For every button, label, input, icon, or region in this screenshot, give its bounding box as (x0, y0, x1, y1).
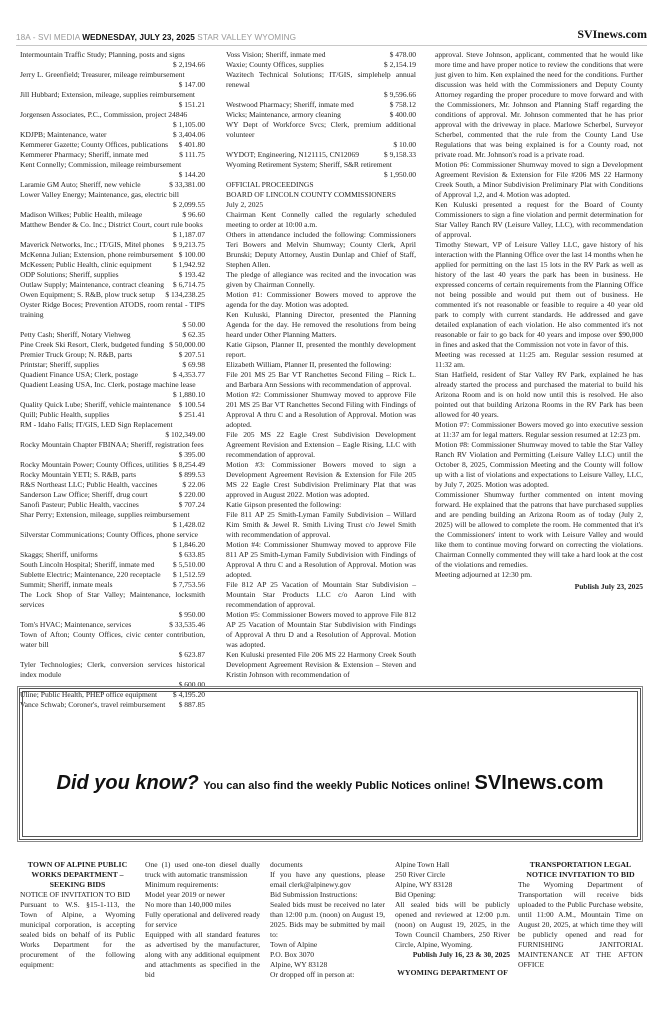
proceedings-paragraph: File 811 AP 25 Smith-Lyman Family Subdiv… (226, 510, 416, 540)
proceedings-paragraph: Ken Kuluski presented File 206 MS 22 Har… (226, 650, 416, 680)
claim-entry: Waxie; County Offices, supplies$ 2,154.1… (226, 60, 416, 70)
claim-vendor: Matthew Bender & Co. Inc.; District Cour… (20, 220, 205, 230)
claim-vendor: Sublette Electric; Maintenance, 220 rece… (20, 570, 161, 580)
wydot-notice-col: TRANSPORTATION LEGAL NOTICE INVITATION T… (518, 860, 643, 970)
claim-entry: Oyster Ridge Boces; Prevention ATODS, ro… (20, 300, 205, 330)
claim-entry: Premier Truck Group; N. R&B, parts$ 207.… (20, 350, 205, 360)
alpine-notice-col-3: documentsIf you have any questions, plea… (270, 860, 385, 980)
claim-entry: Voss Vision; Sheriff, inmate med$ 478.00 (226, 50, 416, 60)
alpine-notice-text: Bid Opening: (395, 890, 510, 900)
claim-entry: Wyoming Retirement System; Sheriff, S&R … (226, 160, 416, 180)
claim-amount: $ 758.12 (390, 100, 416, 110)
claim-amount: $ 7,753.56 (173, 580, 205, 590)
claim-entry: The Lock Shop of Star Valley; Maintenanc… (20, 590, 205, 620)
ad-question: Did you know? (57, 772, 199, 794)
proceedings-body-2: Chairman Kent Connelly called the regula… (226, 210, 416, 680)
claim-entry: Skaggs; Sheriff, uniforms$ 633.85 (20, 550, 205, 560)
alpine-notice-col-4: Alpine Town Hall250 River CircleAlpine, … (395, 860, 510, 978)
claim-amount: $ 2,154.19 (384, 60, 416, 70)
proceedings-heading: OFFICIAL PROCEEDINGS (226, 180, 416, 190)
claim-entry: McKessen; Public Health, clinic equipmen… (20, 260, 205, 270)
claim-vendor: Oyster Ridge Boces; Prevention ATODS, ro… (20, 300, 205, 320)
wydot-body: The Wyoming Department of Transportation… (518, 880, 643, 970)
claim-entry: Wicks; Maintenance, armory cleaning$ 400… (226, 110, 416, 120)
claim-entry: Printstar; Sheriff, supplies$ 69.98 (20, 360, 205, 370)
claim-vendor: Rocky Mountain Chapter FBINAA; Sheriff, … (20, 440, 205, 450)
proceedings-paragraph: Katie Gipson, Planner II, presented the … (226, 340, 416, 360)
claim-vendor: Madison Wilkes; Public Health, mileage (20, 210, 142, 220)
board-heading: BOARD OF LINCOLN COUNTY COMMISSIONERS (226, 190, 416, 200)
claim-entry: Kemmerer Gazette; County Offices, public… (20, 140, 205, 150)
alpine-notice-text: All sealed bids will be publicly opened … (395, 900, 510, 950)
alpine-notice-text: NOTICE OF INVITATION TO BID (20, 890, 135, 900)
claim-vendor: Waxie; County Offices, supplies (226, 60, 324, 70)
alpine-notice-text: Or dropped off in person at: (270, 970, 385, 980)
proceedings-paragraph: File 812 AP 25 Vacation of Mountain Star… (226, 580, 416, 610)
claim-entry: Lower Valley Energy; Maintenance, gas, e… (20, 190, 205, 210)
claim-entry: Kent Connelly; Commission, mileage reimb… (20, 160, 205, 180)
alpine-notice-text: documents (270, 860, 385, 870)
claim-vendor: The Lock Shop of Star Valley; Maintenanc… (20, 590, 205, 610)
claim-amount: $ 144.20 (20, 170, 205, 180)
claim-vendor: Premier Truck Group; N. R&B, parts (20, 350, 132, 360)
wydot-title-start: WYOMING DEPARTMENT OF (395, 968, 510, 978)
claim-entry: Matthew Bender & Co. Inc.; District Cour… (20, 220, 205, 240)
claim-amount: $ 623.87 (20, 650, 205, 660)
claim-entry: Quality Quick Lube; Sheriff, vehicle mai… (20, 400, 205, 410)
claim-entry: South Lincoln Hospital; Sheriff, inmate … (20, 560, 205, 570)
claim-vendor: Lower Valley Energy; Maintenance, gas, e… (20, 190, 205, 200)
claim-entry: Summit; Sheriff, inmate meals$ 7,753.56 (20, 580, 205, 590)
claim-entry: WYDOT; Engineering, N121115, CN12069$ 9,… (226, 150, 416, 160)
claim-vendor: Jerry L. Greenfield; Treasurer, mileage … (20, 70, 205, 80)
claim-amount: $ 9,213.75 (173, 240, 205, 250)
proceedings-paragraph: Ken Kuluski presented a request for the … (435, 200, 643, 240)
claim-entry: Shar Perry; Extension, mileage, supplies… (20, 510, 205, 530)
claim-amount: $ 207.51 (179, 350, 205, 360)
claim-entry: McKenna Julian; Extension, phone reimbur… (20, 250, 205, 260)
claim-vendor: Voss Vision; Sheriff, inmate med (226, 50, 326, 60)
claim-amount: $ 251.41 (179, 410, 205, 420)
claim-amount: $ 10.00 (226, 140, 416, 150)
claim-vendor: Kent Connelly; Commission, mileage reimb… (20, 160, 205, 170)
claim-entry: Sublette Electric; Maintenance, 220 rece… (20, 570, 205, 580)
claim-amount: $ 395.00 (20, 450, 205, 460)
proceedings-paragraph: Elizabeth William, Planner II, presented… (226, 360, 416, 370)
claim-entry: Tom's HVAC; Maintenance, services$ 33,53… (20, 620, 205, 630)
claim-amount: $ 22.06 (182, 480, 205, 490)
claim-amount: $ 3,404.06 (173, 130, 205, 140)
proceedings-body-3: approval. Steve Johnson, applicant, comm… (435, 50, 643, 580)
alpine-notice-body-4: Alpine Town Hall250 River CircleAlpine, … (395, 860, 510, 950)
claim-entry: Sanofi Pasteur; Public Health, vaccines$… (20, 500, 205, 510)
proceedings-paragraph: Others in attendance included the follow… (226, 230, 416, 270)
claim-entry: Rocky Mountain Power; County Offices, ut… (20, 460, 205, 470)
alpine-notice-col-1: TOWN OF ALPINE PUBLIC WORKS DEPARTMENT –… (20, 860, 135, 970)
claim-amount: $ 1,512.59 (173, 570, 205, 580)
claim-amount: $ 478.00 (390, 50, 416, 60)
alpine-notice-text: If you have any questions, please email … (270, 870, 385, 890)
claim-entry: Westwood Pharmacy; Sheriff, inmate med$ … (226, 100, 416, 110)
claim-entry: Sanderson Law Office; Sheriff, drug cour… (20, 490, 205, 500)
wydot-title: TRANSPORTATION LEGAL NOTICE INVITATION T… (518, 860, 643, 880)
proceedings-paragraph: Motion #2: Commissioner Shumway moved to… (226, 390, 416, 430)
claim-entry: Petty Cash; Sheriff, Notary Viehweg$ 62.… (20, 330, 205, 340)
proceedings-paragraph: Katie Gipson presented the following: (226, 500, 416, 510)
proceedings-paragraph: Motion #6: Commissioner Shumway moved to… (435, 160, 643, 200)
claim-vendor: Sanderson Law Office; Sheriff, drug cour… (20, 490, 148, 500)
claim-vendor: WYDOT; Engineering, N121115, CN12069 (226, 150, 359, 160)
claim-entry: Jill Hubbard; Extension, mileage, suppli… (20, 90, 205, 110)
proceedings-date: July 2, 2025 (226, 200, 416, 210)
alpine-notice-text: One (1) used one-ton diesel dually truck… (145, 860, 260, 880)
publish-date: Publish July 23, 2025 (435, 582, 643, 592)
claim-amount: $ 1,187.07 (20, 230, 205, 240)
alpine-notice-text: Fully operational and delivered ready fo… (145, 910, 260, 930)
claim-vendor: Printstar; Sheriff, supplies (20, 360, 99, 370)
claim-amount: $ 33,381.00 (169, 180, 205, 190)
claim-entry: Jorgensen Associates, P.C., Commission, … (20, 110, 205, 130)
claim-vendor: Westwood Pharmacy; Sheriff, inmate med (226, 100, 354, 110)
claim-amount: $ 401.80 (179, 140, 205, 150)
claim-vendor: McKessen; Public Health, clinic equipmen… (20, 260, 151, 270)
claim-amount: $ 102,349.00 (20, 430, 205, 440)
claim-vendor: R&S Northeast LLC; Public Health, vaccin… (20, 480, 158, 490)
alpine-notice-text: Equipped with all standard features as a… (145, 930, 260, 980)
claim-amount: $ 1,950.00 (226, 170, 416, 180)
claim-amount: $ 220.00 (179, 490, 205, 500)
claim-amount: $ 69.98 (182, 360, 205, 370)
claim-vendor: WY Dept of Workforce Svcs; Clerk, premiu… (226, 120, 416, 140)
alpine-publish-date: Publish July 16, 23 & 30, 2025 (395, 950, 510, 960)
alpine-notice-text: No more than 140,000 miles (145, 900, 260, 910)
claim-entry: Laramie GM Auto; Sheriff, new vehicle$ 3… (20, 180, 205, 190)
claim-vendor: Tom's HVAC; Maintenance, services (20, 620, 131, 630)
claim-vendor: Jorgensen Associates, P.C., Commission, … (20, 110, 205, 120)
proceedings-column-3: approval. Steve Johnson, applicant, comm… (435, 50, 643, 592)
alpine-notice-text: Minimum requirements: (145, 880, 260, 890)
alpine-notice-text: Pursuant to W.S. §15-1-113, the Town of … (20, 900, 135, 970)
claim-amount: $ 2,194.66 (20, 60, 205, 70)
proceedings-paragraph: The pledge of allegiance was recited and… (226, 270, 416, 290)
claim-amount: $ 62.35 (182, 330, 205, 340)
proceedings-paragraph: Motion #1: Commissioner Bowers moved to … (226, 290, 416, 310)
public-notices-ad: Did you know? You can also find the week… (19, 688, 641, 840)
ad-text: Did you know? You can also find the week… (23, 772, 637, 795)
claim-vendor: Outlaw Supply; Maintenance, contract cle… (20, 280, 164, 290)
claim-amount: $ 6,714.75 (173, 280, 205, 290)
ad-message: You can also find the weekly Public Noti… (203, 780, 470, 792)
claim-amount: $ 151.21 (20, 100, 205, 110)
alpine-notice-text: 250 River Circle (395, 870, 510, 880)
alpine-notice-text: Town of Alpine (270, 940, 385, 950)
proceedings-paragraph: File 205 MS 22 Eagle Crest Subdivision D… (226, 430, 416, 460)
claim-amount: $ 8,254.49 (173, 460, 205, 470)
alpine-notice-text: P.O. Box 3070 (270, 950, 385, 960)
claim-amount: $ 633.85 (179, 550, 205, 560)
claim-amount: $ 707.24 (179, 500, 205, 510)
claim-vendor: Petty Cash; Sheriff, Notary Viehweg (20, 330, 131, 340)
site-name: SVInews.com (577, 27, 647, 42)
claim-vendor: Quality Quick Lube; Sheriff, vehicle mai… (20, 400, 171, 410)
claim-entry: Rocky Mountain Chapter FBINAA; Sheriff, … (20, 440, 205, 460)
claim-vendor: Owen Equipment; S. R&B, plow truck setup (20, 290, 155, 300)
claim-amount: $ 1,105.00 (20, 120, 205, 130)
claim-vendor: Kemmerer Pharmacy; Sheriff, inmate med (20, 150, 148, 160)
claim-entry: Quill; Public Health, supplies$ 251.41 (20, 410, 205, 420)
claim-amount: $ 1,846.20 (20, 540, 205, 550)
claim-vendor: Quadient Leasing USA, Inc. Clerk, postag… (20, 380, 205, 390)
claim-amount: $ 950.00 (20, 610, 205, 620)
proceedings-paragraph: Timothy Stewart, VP of Leisure Valley LL… (435, 240, 643, 350)
claim-vendor: Pine Creek Ski Resort, Clerk, budgeted f… (20, 340, 164, 350)
claim-vendor: Wazitech Technical Solutions; IT/GIS, si… (226, 70, 416, 90)
claim-entry: Maverick Networks, Inc.; IT/GIS, Mitel p… (20, 240, 205, 250)
claim-entry: Pine Creek Ski Resort, Clerk, budgeted f… (20, 340, 205, 350)
claim-vendor: Tyler Technologies; Clerk, conversion se… (20, 660, 205, 680)
claim-vendor: McKenna Julian; Extension, phone reimbur… (20, 250, 173, 260)
claim-entry: Owen Equipment; S. R&B, plow truck setup… (20, 290, 205, 300)
claim-vendor: ODP Solutions; Sheriff, supplies (20, 270, 119, 280)
claim-entry: Tyler Technologies; Clerk, conversion se… (20, 660, 205, 690)
alpine-notice-text: Bid Submission Instructions: (270, 890, 385, 900)
claims-proceedings-column-2: Voss Vision; Sheriff, inmate med$ 478.00… (226, 50, 416, 680)
claim-vendor: KDJPB; Maintenance, water (20, 130, 107, 140)
alpine-notice-text: Model year 2019 or newer (145, 890, 260, 900)
claim-entry: Outlaw Supply; Maintenance, contract cle… (20, 280, 205, 290)
claim-amount: $ 100.54 (179, 400, 205, 410)
claim-amount: $ 899.53 (179, 470, 205, 480)
claim-vendor: Laramie GM Auto; Sheriff, new vehicle (20, 180, 141, 190)
claim-vendor: Kemmerer Gazette; County Offices, public… (20, 140, 168, 150)
claim-vendor: Summit; Sheriff, inmate meals (20, 580, 113, 590)
claim-amount: $ 147.00 (20, 80, 205, 90)
proceedings-paragraph: Chairman Kent Connelly called the regula… (226, 210, 416, 230)
header-folio: 18A - SVI MEDIA WEDNESDAY, JULY 23, 2025… (16, 33, 296, 42)
claim-entry: WY Dept of Workforce Svcs; Clerk, premiu… (226, 120, 416, 150)
claim-vendor: Intermountain Traffic Study; Planning, p… (20, 50, 205, 60)
claim-amount: $ 50,000.00 (169, 340, 205, 350)
proceedings-paragraph: Stan Hatfield, resident of Star Valley R… (435, 370, 643, 420)
claim-amount: $ 9,596.66 (226, 90, 416, 100)
claim-amount: $ 50.00 (20, 320, 205, 330)
claim-amount: $ 1,880.10 (20, 390, 205, 400)
claim-entry: Jerry L. Greenfield; Treasurer, mileage … (20, 70, 205, 90)
issue-date: WEDNESDAY, JULY 23, 2025 (82, 33, 195, 42)
page-header: 18A - SVI MEDIA WEDNESDAY, JULY 23, 2025… (16, 28, 647, 46)
claim-vendor: Wyoming Retirement System; Sheriff, S&R … (226, 160, 416, 170)
claim-amount: $ 193.42 (179, 270, 205, 280)
claim-vendor: Sanofi Pasteur; Public Health, vaccines (20, 500, 139, 510)
alpine-notice-text: Alpine Town Hall (395, 860, 510, 870)
alpine-notice-text: Alpine, WY 83128 (270, 960, 385, 970)
claim-amount: $ 100.00 (179, 250, 205, 260)
claim-amount: $ 2,099.55 (20, 200, 205, 210)
claims-column-1: Intermountain Traffic Study; Planning, p… (20, 50, 205, 710)
proceedings-paragraph: Meeting adjourned at 12:30 pm. (435, 570, 643, 580)
claim-amount: $ 96.60 (182, 210, 205, 220)
claim-amount: $ 33,535.46 (169, 620, 205, 630)
alpine-notice-col-2: One (1) used one-ton diesel dually truck… (145, 860, 260, 980)
claim-amount: $ 1,942.92 (173, 260, 205, 270)
claim-amount: $ 5,510.00 (173, 560, 205, 570)
claim-vendor: South Lincoln Hospital; Sheriff, inmate … (20, 560, 154, 570)
claim-vendor: Quadient Finance USA; Clerk, postage (20, 370, 138, 380)
claim-vendor: Jill Hubbard; Extension, mileage, suppli… (20, 90, 205, 100)
proceedings-paragraph: Meeting was recessed at 11:25 am. Regula… (435, 350, 643, 370)
claim-entry: RM - Idaho Falls; IT/GIS, LED Sign Repla… (20, 420, 205, 440)
proceedings-paragraph: Motion #8: Commissioner Shumway moved to… (435, 440, 643, 490)
claim-entry: R&S Northeast LLC; Public Health, vaccin… (20, 480, 205, 490)
proceedings-paragraph: Motion #3: Commissioner Bowers moved to … (226, 460, 416, 500)
claim-vendor: Town of Afton; County Offices, civic cen… (20, 630, 205, 650)
claim-vendor: Rocky Mountain Power; County Offices, ut… (20, 460, 169, 470)
claim-entry: Kemmerer Pharmacy; Sheriff, inmate med$ … (20, 150, 205, 160)
claim-entry: Silverstar Communications; County Office… (20, 530, 205, 550)
claim-amount: $ 400.00 (390, 110, 416, 120)
claim-entry: Quadient Leasing USA, Inc. Clerk, postag… (20, 380, 205, 400)
alpine-notice-text: Alpine, WY 83128 (395, 880, 510, 890)
page-number: 18A - SVI MEDIA (16, 33, 80, 42)
proceedings-paragraph: approval. Steve Johnson, applicant, comm… (435, 50, 643, 160)
proceedings-paragraph: Ken Kuluski, Planning Director, presente… (226, 310, 416, 340)
proceedings-paragraph: Motion #5: Commissioner Bowers moved to … (226, 610, 416, 650)
claim-vendor: Silverstar Communications; County Office… (20, 530, 205, 540)
claim-entry: Town of Afton; County Offices, civic cen… (20, 630, 205, 660)
claim-entry: Madison Wilkes; Public Health, mileage$ … (20, 210, 205, 220)
alpine-notice-title: TOWN OF ALPINE PUBLIC WORKS DEPARTMENT –… (20, 860, 135, 890)
claim-entry: ODP Solutions; Sheriff, supplies$ 193.42 (20, 270, 205, 280)
claim-entry: Quadient Finance USA; Clerk, postage$ 4,… (20, 370, 205, 380)
claim-entry: Rocky Mountain YETI; S. R&B, parts$ 899.… (20, 470, 205, 480)
claim-vendor: Shar Perry; Extension, mileage, supplies… (20, 510, 205, 520)
claim-vendor: Skaggs; Sheriff, uniforms (20, 550, 98, 560)
proceedings-paragraph: File 201 MS 25 Bar VT Ranchettes Second … (226, 370, 416, 390)
claim-entry: Intermountain Traffic Study; Planning, p… (20, 50, 205, 70)
claims-list-2: Voss Vision; Sheriff, inmate med$ 478.00… (226, 50, 416, 180)
alpine-notice-text: Sealed bids must be received no later th… (270, 900, 385, 940)
claim-vendor: Rocky Mountain YETI; S. R&B, parts (20, 470, 136, 480)
region-label: STAR VALLEY WYOMING (197, 33, 296, 42)
claim-vendor: Maverick Networks, Inc.; IT/GIS, Mitel p… (20, 240, 164, 250)
proceedings-paragraph: Motion #7: Commissioner Bowers moved go … (435, 420, 643, 440)
claim-entry: Wazitech Technical Solutions; IT/GIS, si… (226, 70, 416, 100)
ad-site-link[interactable]: SVInews.com (475, 772, 604, 794)
claim-amount: $ 1,428.02 (20, 520, 205, 530)
claim-vendor: Quill; Public Health, supplies (20, 410, 109, 420)
proceedings-paragraph: Motion #4: Commissioner Shumway moved to… (226, 540, 416, 580)
claim-amount: $ 4,353.77 (173, 370, 205, 380)
claim-amount: $ 9,158.33 (384, 150, 416, 160)
claim-amount: $ 111.75 (179, 150, 205, 160)
claim-vendor: Wicks; Maintenance, armory cleaning (226, 110, 341, 120)
claim-vendor: RM - Idaho Falls; IT/GIS, LED Sign Repla… (20, 420, 205, 430)
claim-amount: $ 134,238.25 (165, 290, 205, 300)
claim-entry: KDJPB; Maintenance, water$ 3,404.06 (20, 130, 205, 140)
proceedings-paragraph: Commissioner Shumway further commented o… (435, 490, 643, 570)
